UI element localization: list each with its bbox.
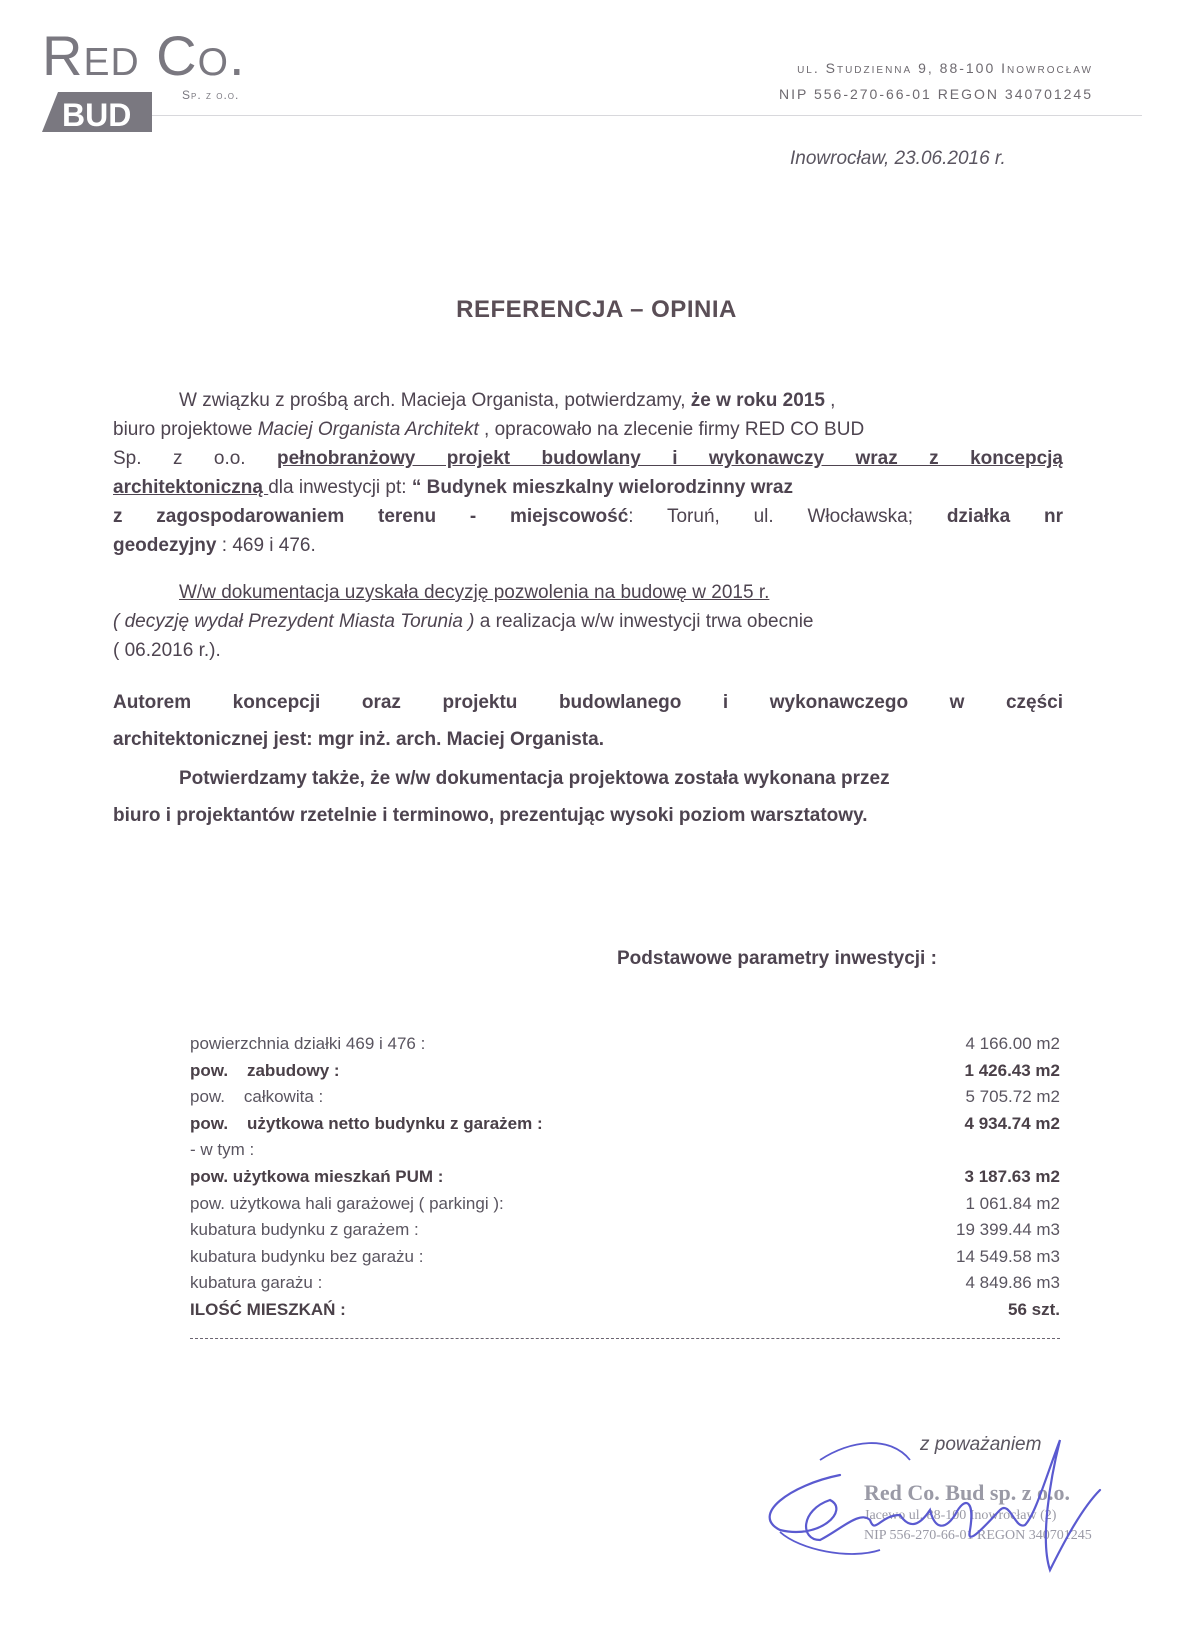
text: , [825,390,836,411]
param-row: ILOŚĆ MIESZKAŃ :56 szt. [190,1300,1060,1326]
param-value: 4 849.86 m3 [965,1273,1060,1293]
param-label: powierzchnia działki 469 i 476 : [190,1034,425,1054]
text-bold: z zagospodarowaniem terenu - miejscowość [113,506,628,527]
p2-line2: ( decyzję wydał Prezydent Miasta Torunia… [113,607,1063,636]
param-row: kubatura budynku z garażem :19 399.44 m3 [190,1220,1060,1246]
p2-line1: W/w dokumentacja uzyskała decyzję pozwol… [113,578,1063,607]
param-row: pow. użytkowa netto budynku z garażem :4… [190,1114,1060,1140]
text: biuro projektowe [113,419,258,440]
param-label: kubatura garażu : [190,1273,322,1293]
text-italic: Maciej Organista Architekt [258,419,479,440]
p1-line2: biuro projektowe Maciej Organista Archit… [113,415,1063,444]
param-value: 1 426.43 m2 [965,1061,1060,1081]
param-label: kubatura budynku z garażem : [190,1220,419,1240]
text: : Toruń, ul. Włocławska; [628,506,947,527]
param-row: powierzchnia działki 469 i 476 :4 166.00… [190,1034,1060,1060]
text: : 469 i 476. [216,535,315,556]
p1-line1: W związku z prośbą arch. Macieja Organis… [113,386,1063,415]
paragraph-4: Potwierdzamy także, że w/w dokumentacja … [113,760,1063,834]
text: a realizacja w/w inwestycji trwa obecnie [475,611,814,632]
p1-line5: z zagospodarowaniem terenu - miejscowość… [113,502,1063,531]
param-label: kubatura budynku bez garażu : [190,1247,423,1267]
param-row: pow. całkowita :5 705.72 m2 [190,1087,1060,1113]
p3-line1: Autorem koncepcji oraz projektu budowlan… [113,684,1063,721]
param-row: kubatura garażu :4 849.86 m3 [190,1273,1060,1299]
param-row: pow. zabudowy :1 426.43 m2 [190,1061,1060,1087]
param-value: 56 szt. [1008,1300,1060,1320]
paragraph-2: W/w dokumentacja uzyskała decyzję pozwol… [113,578,1063,665]
date-line: Inowrocław, 23.06.2016 r. [790,148,1006,170]
company-address: ul. Studzienna 9, 88-100 Inowrocław [779,55,1093,81]
param-value: 1 061.84 m2 [965,1194,1060,1214]
text-italic: ( decyzję wydał Prezydent Miasta Torunia… [113,611,475,632]
p4-line1: Potwierdzamy także, że w/w dokumentacja … [113,760,1063,797]
text-bold: że w roku 2015 [691,390,825,411]
p3-line2: architektonicznej jest: mgr inż. arch. M… [113,721,1063,758]
text: dla inwestycji pt: [268,477,412,498]
text-bold: działka nr [947,506,1063,527]
param-value: 3 187.63 m2 [965,1167,1060,1187]
param-value: 4 934.74 m2 [965,1114,1060,1134]
letterhead-divider [152,115,1142,116]
param-value: 4 166.00 m2 [965,1034,1060,1054]
document-title: REFERENCJA – OPINIA [0,296,1193,324]
param-label: pow. zabudowy : [190,1061,340,1081]
text-bold-underlined: pełnobranżowy projekt budowlany i wykona… [277,448,1063,469]
p1-line3: Sp. z o.o. pełnobranżowy projekt budowla… [113,444,1063,473]
param-value: 5 705.72 m2 [965,1087,1060,1107]
signature-icon [760,1420,1160,1600]
dashed-divider [190,1338,1060,1339]
param-label: pow. użytkowa mieszkań PUM : [190,1167,443,1187]
param-label: pow. użytkowa hali garażowej ( parkingi … [190,1194,504,1214]
text: , opracowało na zlecenie firmy RED CO BU… [479,419,864,440]
param-label: pow. użytkowa netto budynku z garażem : [190,1114,543,1134]
param-row: pow. użytkowa hali garażowej ( parkingi … [190,1194,1060,1220]
text-bold: “ Budynek mieszkalny wielorodzinny wraz [412,477,793,498]
bud-logo-icon: BUD [28,92,152,132]
text: W związku z prośbą arch. Macieja Organis… [179,390,691,411]
param-label: pow. całkowita : [190,1087,323,1107]
company-suffix: Sp. z o.o. [182,88,239,102]
text: ( 06.2016 r.). [113,640,221,661]
param-row: kubatura budynku bez garażu :14 549.58 m… [190,1247,1060,1273]
param-label: ILOŚĆ MIESZKAŃ : [190,1300,346,1320]
paragraph-3: Autorem koncepcji oraz projektu budowlan… [113,684,1063,758]
p2-line3: ( 06.2016 r.). [113,636,1063,665]
param-label: - w tym : [190,1140,254,1160]
company-address-block: ul. Studzienna 9, 88-100 Inowrocław NIP … [779,55,1093,107]
company-ids: NIP 556-270-66-01 REGON 340701245 [779,81,1093,107]
text-underlined: W/w dokumentacja uzyskała decyzję pozwol… [179,582,769,603]
text-bold: geodezyjny [113,535,216,556]
paragraph-1: W związku z prośbą arch. Macieja Organis… [113,386,1063,560]
svg-text:BUD: BUD [62,97,131,132]
param-row: pow. użytkowa mieszkań PUM :3 187.63 m2 [190,1167,1060,1193]
company-logo-name: Red Co. [42,28,246,84]
param-value: 14 549.58 m3 [956,1247,1060,1267]
p4-line2: biuro i projektantów rzetelnie i termino… [113,797,1063,834]
p1-line6: geodezyjny : 469 i 476. [113,531,1063,560]
params-title: Podstawowe parametry inwestycji : [617,948,937,970]
param-value: 19 399.44 m3 [956,1220,1060,1240]
p1-line4: architektoniczną dla inwestycji pt: “ Bu… [113,473,1063,502]
param-row: - w tym : [190,1140,1060,1166]
text: Sp. z o.o. [113,448,277,469]
text-bold-underlined: architektoniczną [113,477,268,498]
